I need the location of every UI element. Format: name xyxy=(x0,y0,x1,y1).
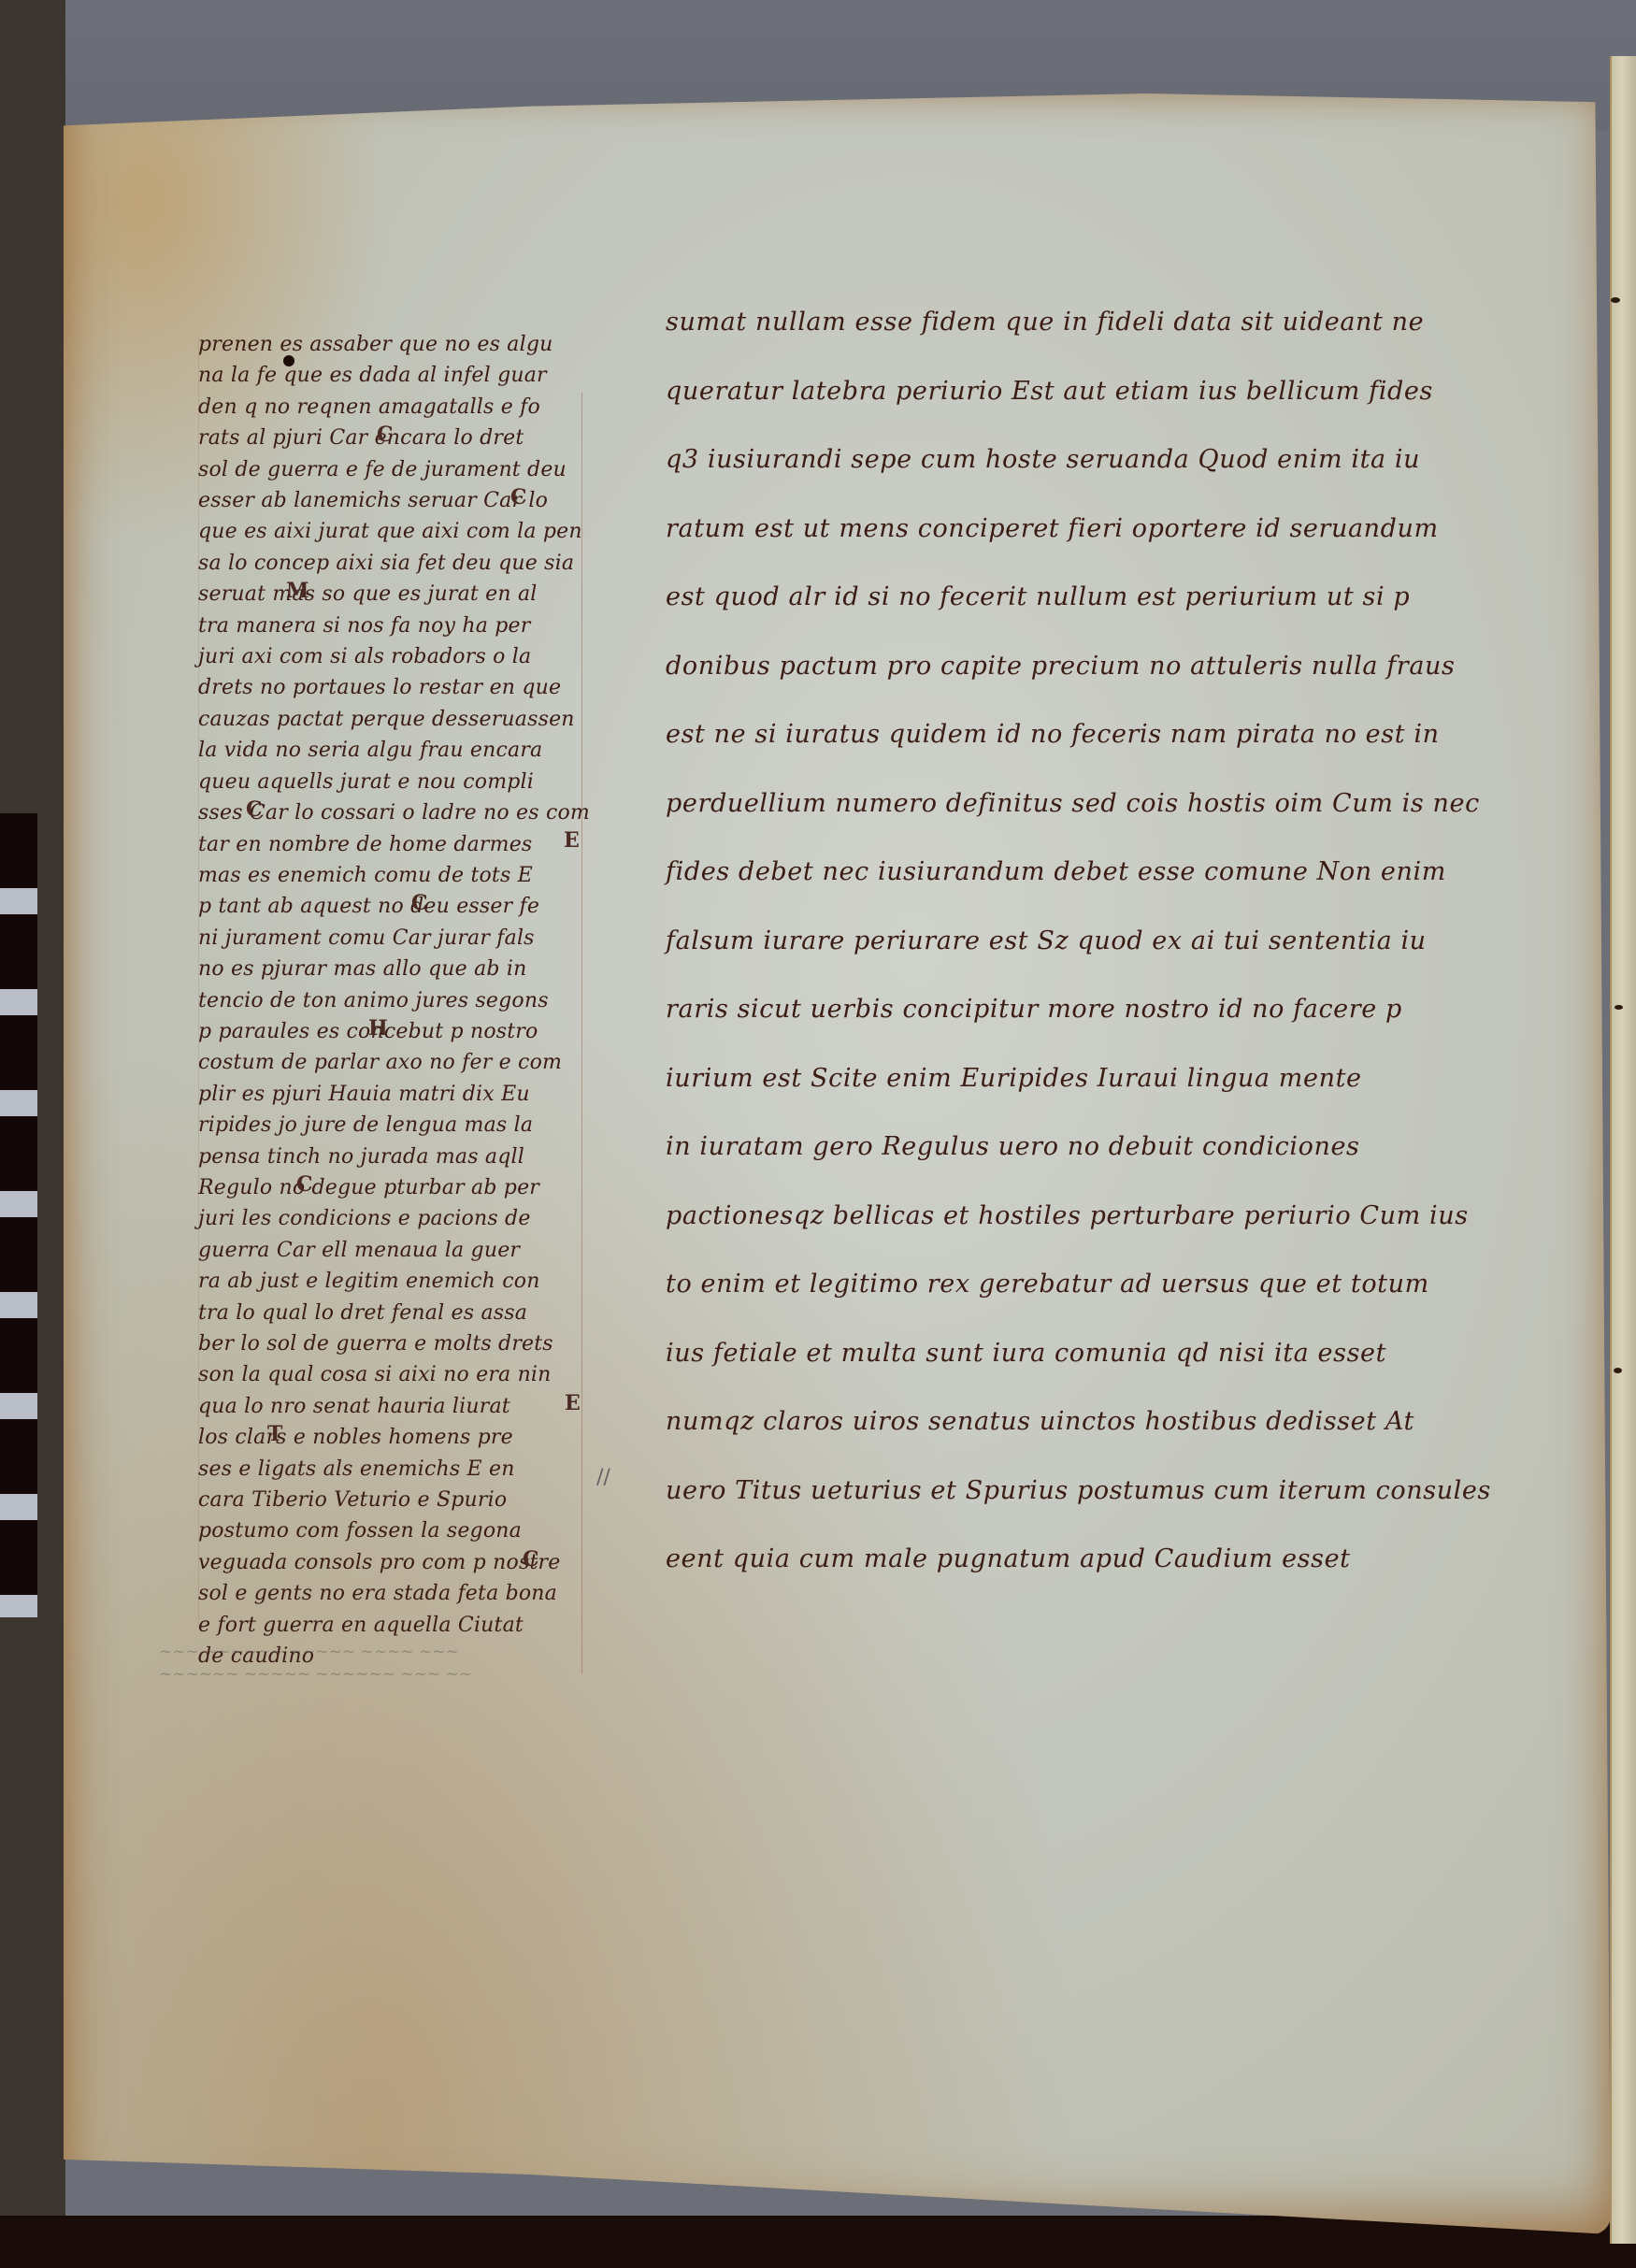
text-line: cauzas pactat perque desseruassen xyxy=(198,704,610,735)
text-line: no es pjurar mas allo que ab in xyxy=(198,954,610,984)
text-line: donibus pactum pro capite precium no att… xyxy=(666,632,1460,701)
text-line: queratur latebra periurio Est aut etiam … xyxy=(666,357,1460,426)
text-line: na la fe que es dada al infel guar xyxy=(198,360,610,391)
rubric-initial: T xyxy=(267,1422,282,1446)
text-line: q3 iusiurandi sepe cum hoste seruanda Qu… xyxy=(666,425,1460,495)
text-line: est quod alr id si no fecerit nullum est… xyxy=(666,563,1460,632)
rubric-initial: H xyxy=(368,1016,388,1041)
text-line: seruat mas so que es jurat en al xyxy=(198,579,610,610)
ghost-line: ~~~~~~ ~~~~~ ~~~~~~ ~~~ ~~ xyxy=(159,1663,626,1686)
text-line: p tant ab aquest no deu esser fe xyxy=(198,891,610,922)
background-left-stripes xyxy=(0,813,37,1617)
rubric-initial: E xyxy=(565,1391,581,1415)
text-line: numqz claros uiros senatus uinctos hosti… xyxy=(666,1387,1460,1457)
text-line: postumo com fossen la segona xyxy=(198,1515,610,1546)
text-line: queu aquells jurat e nou compli xyxy=(198,767,610,797)
rubric-initial: C xyxy=(246,797,263,822)
text-line: ratum est ut mens conciperet fieri oport… xyxy=(666,495,1460,564)
text-line: ra ab just e legitim enemich con xyxy=(198,1266,610,1297)
margin-double-slash-mark: // xyxy=(596,1466,610,1489)
left-column-catalan: prenen es assaber que no es algu na la f… xyxy=(198,329,610,1672)
text-line: pactionesqz bellicas et hostiles perturb… xyxy=(666,1182,1460,1251)
text-line: sa lo concep aixi sia fet deu que sia xyxy=(198,548,610,579)
text-line: costum de parlar axo no fer e com xyxy=(198,1047,610,1078)
text-line: sol de guerra e fe de jurament deu xyxy=(198,454,610,485)
rubric-initial: C xyxy=(411,891,428,915)
text-line: raris sicut uerbis concipitur more nostr… xyxy=(666,975,1460,1044)
text-line: tar en nombre de home darmes xyxy=(198,829,610,860)
rubric-initial: E xyxy=(564,828,580,853)
text-line: iurium est Scite enim Euripides Iuraui l… xyxy=(666,1044,1460,1113)
text-line: cara Tiberio Veturio e Spurio xyxy=(198,1485,610,1515)
text-line: Regulo no degue pturbar ab per xyxy=(198,1172,610,1203)
show-through-text: ~~~ ~~~~~~ ~~~~~ ~~~~ ~~~ ~~~~~~ ~~~~~ ~… xyxy=(159,1641,626,1686)
text-line: to enim et legitimo rex gerebatur ad uer… xyxy=(666,1250,1460,1319)
text-line: rats al pjuri Car encara lo dret xyxy=(198,423,610,453)
text-line: pensa tinch no jurada mas aqll xyxy=(198,1141,610,1172)
text-line: juri axi com si als robadors o la xyxy=(198,641,610,672)
background-bottom xyxy=(0,2216,1636,2268)
text-line: perduellium numero definitus sed cois ho… xyxy=(666,769,1460,839)
rubric-initial: M xyxy=(286,579,309,603)
text-line: esser ab lanemichs seruar Car lo xyxy=(198,485,610,516)
rubric-initial: C xyxy=(510,485,527,510)
text-line: prenen es assaber que no es algu xyxy=(198,329,610,360)
text-line: sol e gents no era stada feta bona xyxy=(198,1578,610,1609)
text-line: ni jurament comu Car jurar fals xyxy=(198,923,610,954)
text-line: la vida no seria algu frau encara xyxy=(198,735,610,766)
facing-leaf-edge xyxy=(1610,56,1636,2244)
text-line: guerra Car ell menaua la guer xyxy=(198,1235,610,1266)
text-line: sumat nullam esse fidem que in fideli da… xyxy=(666,288,1460,357)
text-line: den q no reqnen amagatalls e fo xyxy=(198,392,610,423)
wormhole xyxy=(1614,1368,1622,1373)
ghost-line: ~~~ ~~~~~~ ~~~~~ ~~~~ ~~~ xyxy=(159,1641,626,1663)
text-line: tencio de ton animo jures segons xyxy=(198,985,610,1016)
text-line: falsum iurare periurare est Sz quod ex a… xyxy=(666,907,1460,976)
text-line: veguada consols pro com p nostre xyxy=(198,1547,610,1578)
rubric-initial: C xyxy=(523,1547,539,1572)
text-line: tra manera si nos fa noy ha per xyxy=(198,610,610,641)
text-line: son la qual cosa si aixi no era nin xyxy=(198,1359,610,1390)
text-line: drets no portaues lo restar en que xyxy=(198,672,610,703)
text-line: plir es pjuri Hauia matri dix Eu xyxy=(198,1079,610,1110)
text-line: ius fetiale et multa sunt iura comunia q… xyxy=(666,1319,1460,1388)
text-line: e fort guerra en aquella Ciutat xyxy=(198,1610,610,1641)
text-line: eent quia cum male pugnatum apud Caudium… xyxy=(666,1525,1460,1594)
wormhole xyxy=(1614,1005,1623,1010)
rubric-initial: C xyxy=(296,1172,313,1197)
text-line: fides debet nec iusiurandum debet esse c… xyxy=(666,838,1460,907)
text-line: p paraules es concebut p nostro xyxy=(198,1016,610,1047)
text-line: est ne si iuratus quidem id no feceris n… xyxy=(666,700,1460,769)
text-line: uero Titus ueturius et Spurius postumus … xyxy=(666,1457,1460,1526)
text-line: ses e ligats als enemichs E en xyxy=(198,1454,610,1485)
text-line: ripides jo jure de lengua mas la xyxy=(198,1110,610,1141)
text-line: los clars e nobles homens pre xyxy=(198,1422,610,1453)
text-line: tra lo qual lo dret fenal es assa xyxy=(198,1298,610,1328)
text-line: mas es enemich comu de tots E xyxy=(198,860,610,891)
text-line: ber lo sol de guerra e molts drets xyxy=(198,1328,610,1359)
right-column-latin: sumat nullam esse fidem que in fideli da… xyxy=(666,288,1460,1594)
text-line: qua lo nro senat hauria liurat xyxy=(198,1391,610,1422)
wormhole xyxy=(1611,297,1620,303)
rubric-initial: C xyxy=(377,423,394,447)
text-line: juri les condicions e pacions de xyxy=(198,1203,610,1234)
text-line: in iuratam gero Regulus uero no debuit c… xyxy=(666,1112,1460,1182)
text-line: que es aixi jurat que aixi com la pen xyxy=(198,516,610,547)
